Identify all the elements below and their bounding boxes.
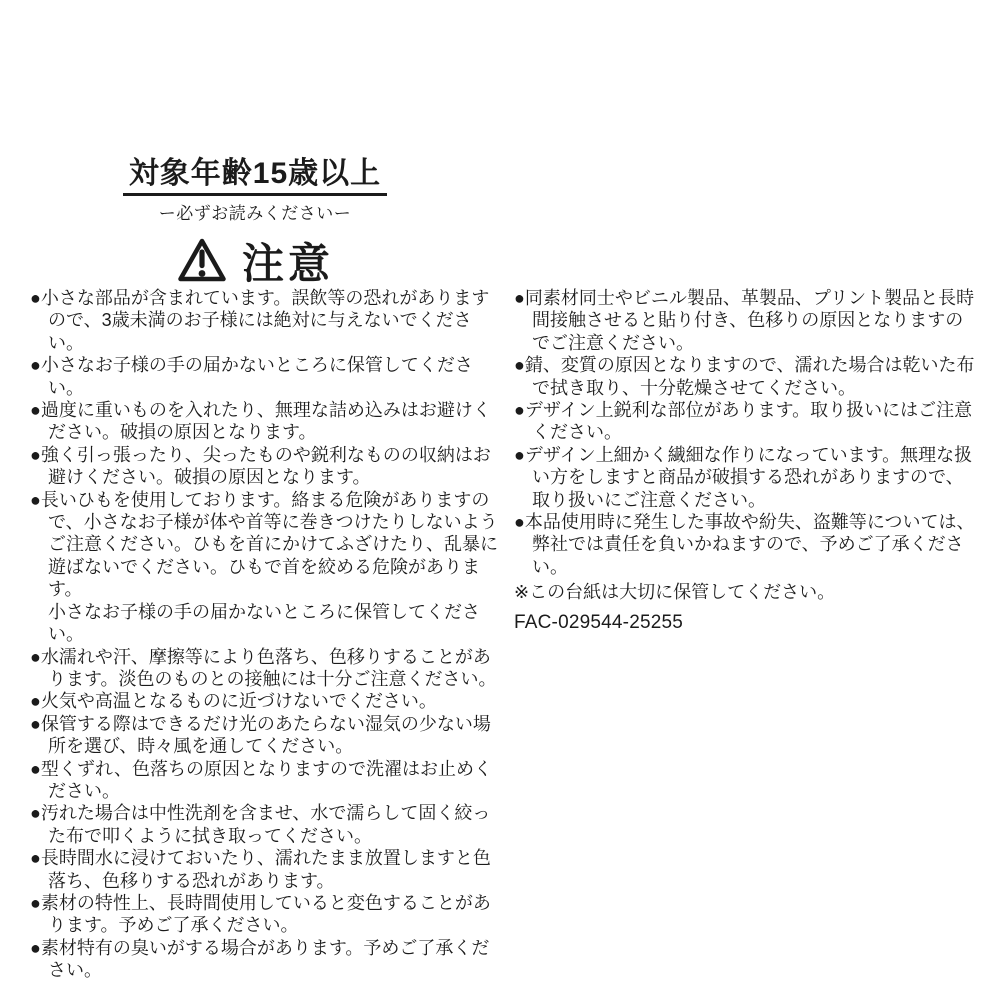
warning-item: ●素材特有の臭いがする場合があります。予めご了承ください。 bbox=[30, 937, 500, 982]
warning-text: 小さな部品が含まれています。誤飲等の恐れがありますので、3歳未満のお子様には絶対… bbox=[41, 288, 490, 353]
warning-text: 錆、変質の原因となりますので、濡れた場合は乾いた布で拭き取り、十分乾燥させてくだ… bbox=[525, 355, 975, 397]
warning-text: 同素材同士やビニル製品、革製品、プリント製品と長時間接触させると貼り付き、色移り… bbox=[525, 288, 974, 353]
warning-item: ●過度に重いものを入れたり、無理な詰め込みはお避けください。破損の原因となります… bbox=[30, 399, 500, 444]
bullet-icon: ● bbox=[30, 445, 41, 465]
caution-card: 対象年齢15歳以上 ー必ずお読みくださいー 注意 ●小さな部品が含まれています。… bbox=[0, 0, 1000, 1000]
warning-item: ●強く引っ張ったり、尖ったものや鋭利なものの収納はお避けください。破損の原因とな… bbox=[30, 444, 500, 489]
warning-text: 過度に重いものを入れたり、無理な詰め込みはお避けください。破損の原因となります。 bbox=[41, 400, 491, 442]
warning-item: ●同素材同士やビニル製品、革製品、プリント製品と長時間接触させると貼り付き、色移… bbox=[514, 287, 980, 354]
warning-text: 火気や高温となるものに近づけないでください。 bbox=[41, 691, 437, 711]
read-instruction-note: ー必ずお読みくださいー bbox=[25, 199, 485, 224]
warning-item: ●火気や高温となるものに近づけないでください。 bbox=[30, 690, 500, 712]
warning-text: 水濡れや汗、摩擦等により色落ち、色移りすることがあります。淡色のものとの接触には… bbox=[41, 647, 497, 689]
warning-item: ●長いひもを使用しております。絡まる危険がありますので、小さなお子様が体や首等に… bbox=[30, 489, 500, 646]
warning-triangle-exclamation-icon bbox=[176, 236, 228, 286]
warning-text: 長時間水に浸けておいたり、濡れたまま放置しますと色落ち、色移りする恐れがあります… bbox=[41, 848, 491, 890]
bullet-icon: ● bbox=[30, 647, 41, 667]
bullet-icon: ● bbox=[30, 803, 41, 823]
bullet-icon: ● bbox=[30, 288, 41, 308]
bullet-icon: ● bbox=[30, 714, 41, 734]
bullet-icon: ● bbox=[30, 691, 41, 711]
bullet-icon: ● bbox=[30, 938, 41, 958]
warning-item: ●水濡れや汗、摩擦等により色落ち、色移りすることがあります。淡色のものとの接触に… bbox=[30, 646, 500, 691]
warning-text: 本品使用時に発生した事故や紛失、盗難等については、弊社では責任を負いかねますので… bbox=[525, 512, 975, 577]
bullet-icon: ● bbox=[30, 893, 41, 913]
bullet-icon: ● bbox=[30, 400, 41, 420]
caution-heading: 注意 bbox=[25, 231, 485, 291]
bullet-icon: ● bbox=[514, 355, 525, 375]
warning-text: 型くずれ、色落ちの原因となりますので洗濯はお止めください。 bbox=[41, 759, 492, 801]
bullet-icon: ● bbox=[30, 848, 41, 868]
warning-text: デザイン上鋭利な部位があります。取り扱いにはご注意ください。 bbox=[525, 400, 972, 442]
warning-text: 長いひもを使用しております。絡まる危険がありますので、小さなお子様が体や首等に巻… bbox=[41, 490, 498, 644]
warning-item: ●錆、変質の原因となりますので、濡れた場合は乾いた布で拭き取り、十分乾燥させてく… bbox=[514, 354, 980, 399]
warning-item: ●汚れた場合は中性洗剤を含ませ、水で濡らして固く絞った布で叩くように拭き取ってく… bbox=[30, 802, 500, 847]
warning-item: ●長時間水に浸けておいたり、濡れたまま放置しますと色落ち、色移りする恐れがありま… bbox=[30, 847, 500, 892]
age-restriction-title: 対象年齢15歳以上 bbox=[123, 148, 387, 196]
bullet-icon: ● bbox=[514, 288, 525, 308]
header: 対象年齢15歳以上 ー必ずお読みくださいー 注意 bbox=[25, 148, 485, 291]
warning-text: 保管する際はできるだけ光のあたらない湿気の少ない場所を選び、時々風を通してくださ… bbox=[41, 714, 491, 756]
warning-item: ●本品使用時に発生した事故や紛失、盗難等については、弊社では責任を負いかねますの… bbox=[514, 511, 980, 578]
warning-item: ●素材の特性上、長時間使用していると変色することがあります。予めご了承ください。 bbox=[30, 892, 500, 937]
warning-item: ●デザイン上細かく繊細な作りになっています。無理な扱い方をしますと商品が破損する… bbox=[514, 444, 980, 511]
warning-item: ●デザイン上鋭利な部位があります。取り扱いにはご注意ください。 bbox=[514, 399, 980, 444]
warning-text: 汚れた場合は中性洗剤を含ませ、水で濡らして固く絞った布で叩くように拭き取ってくだ… bbox=[41, 803, 490, 845]
bullet-icon: ● bbox=[30, 759, 41, 779]
warning-text: 小さなお子様の手の届かないところに保管してください。 bbox=[41, 355, 473, 397]
warning-text: デザイン上細かく繊細な作りになっています。無理な扱い方をしますと商品が破損する恐… bbox=[525, 445, 972, 510]
keep-card-note: ※この台紙は大切に保管してください。 bbox=[514, 581, 835, 603]
warning-item: ●保管する際はできるだけ光のあたらない湿気の少ない場所を選び、時々風を通してくだ… bbox=[30, 713, 500, 758]
warning-item: ●小さなお子様の手の届かないところに保管してください。 bbox=[30, 354, 500, 399]
footer: ※この台紙は大切に保管してください。 FAC-029544-25255 bbox=[514, 581, 835, 634]
warning-text: 強く引っ張ったり、尖ったものや鋭利なものの収納はお避けください。破損の原因となり… bbox=[41, 445, 491, 487]
bullet-icon: ● bbox=[30, 355, 41, 375]
caution-title: 注意 bbox=[242, 231, 334, 291]
bullet-icon: ● bbox=[514, 400, 525, 420]
bullet-icon: ● bbox=[514, 512, 525, 532]
warning-list-right: ●同素材同士やビニル製品、革製品、プリント製品と長時間接触させると貼り付き、色移… bbox=[514, 287, 980, 578]
bullet-icon: ● bbox=[514, 445, 525, 465]
bullet-icon: ● bbox=[30, 490, 41, 510]
product-code: FAC-029544-25255 bbox=[514, 612, 835, 634]
warning-text: 素材特有の臭いがする場合があります。予めご了承ください。 bbox=[41, 938, 490, 980]
warning-item: ●小さな部品が含まれています。誤飲等の恐れがありますので、3歳未満のお子様には絶… bbox=[30, 287, 500, 354]
warning-item: ●型くずれ、色落ちの原因となりますので洗濯はお止めください。 bbox=[30, 758, 500, 803]
warning-text: 素材の特性上、長時間使用していると変色することがあります。予めご了承ください。 bbox=[41, 893, 491, 935]
warning-list-left: ●小さな部品が含まれています。誤飲等の恐れがありますので、3歳未満のお子様には絶… bbox=[30, 287, 500, 982]
